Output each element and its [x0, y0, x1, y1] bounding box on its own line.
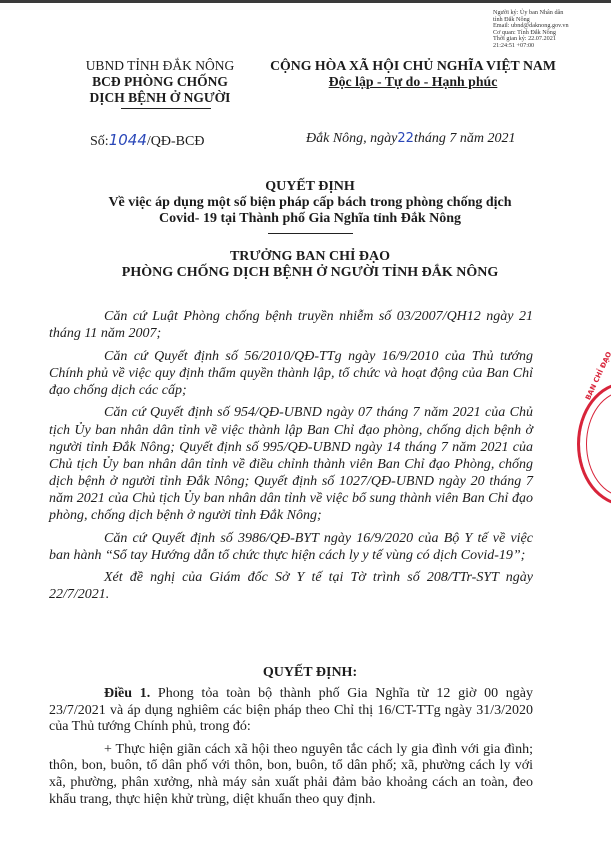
authority-line1: TRƯỞNG BAN CHỈ ĐẠO	[60, 249, 560, 265]
document-title: QUYẾT ĐỊNH Về việc áp dụng một số biện p…	[60, 178, 560, 234]
motto: Độc lập - Tự do - Hạnh phúc	[263, 74, 563, 90]
article-1: Điều 1. Phong tỏa toàn bộ thành phố Gia …	[49, 686, 533, 736]
document-date: Đắk Nông, ngày22tháng 7 năm 2021	[306, 131, 515, 147]
red-seal-stamp	[577, 382, 611, 506]
legal-basis-item: Căn cứ Luật Phòng chống bệnh truyền nhiễ…	[49, 308, 533, 342]
legal-basis: Căn cứ Luật Phòng chống bệnh truyền nhiễ…	[49, 308, 533, 609]
agency-underline	[121, 108, 211, 109]
issuing-authority: TRƯỞNG BAN CHỈ ĐẠO PHÒNG CHỐNG DỊCH BỆNH…	[60, 249, 560, 281]
agency-name-line1: BCĐ PHÒNG CHỐNG	[70, 74, 250, 90]
agency-name-line2: DỊCH BỆNH Ở NGƯỜI	[70, 90, 250, 106]
document-number-prefix: Số:	[90, 134, 109, 149]
signature-line: 21:24:51 +07:00	[493, 43, 608, 50]
date-suffix: tháng 7 năm 2021	[414, 131, 516, 146]
article-label: Điều 1.	[104, 686, 150, 701]
articles: Điều 1. Phong tỏa toàn bộ thành phố Gia …	[49, 686, 533, 814]
document-number: Số:1044/QĐ-BCĐ	[90, 131, 204, 150]
legal-basis-item: Căn cứ Quyết định số 954/QĐ-UBND ngày 07…	[49, 404, 533, 524]
article-text: + Thực hiện giãn cách xã hội theo nguyên…	[49, 742, 533, 807]
document-type: QUYẾT ĐỊNH	[60, 178, 560, 195]
legal-basis-item: Xét đề nghị của Giám đốc Sở Y tế tại Tờ …	[49, 569, 533, 603]
handwritten-day: 22	[397, 131, 414, 146]
document-subject-line1: Về việc áp dụng một số biện pháp cấp bác…	[60, 195, 560, 211]
document-number-suffix: /QĐ-BCĐ	[147, 134, 205, 149]
agency-parent: UBND TỈNH ĐẮK NÔNG	[70, 58, 250, 74]
viewer-top-bar	[0, 0, 611, 3]
legal-basis-item: Căn cứ Quyết định số 3986/QĐ-BYT ngày 16…	[49, 530, 533, 564]
title-underline	[268, 233, 353, 234]
digital-signature-box: Người ký: Ủy ban Nhân dân tỉnh Đắk Nông …	[493, 10, 608, 50]
authority-line2: PHÒNG CHỐNG DỊCH BỆNH Ở NGƯỜI TỈNH ĐẮK N…	[60, 265, 560, 281]
article-1-bullet: + Thực hiện giãn cách xã hội theo nguyên…	[49, 742, 533, 808]
decision-heading: QUYẾT ĐỊNH:	[60, 665, 560, 681]
legal-basis-item: Căn cứ Quyết định số 56/2010/QĐ-TTg ngày…	[49, 348, 533, 399]
national-motto: CỘNG HÒA XÃ HỘI CHỦ NGHĨA VIỆT NAM Độc l…	[263, 58, 563, 90]
document-subject-line2: Covid- 19 tại Thành phố Gia Nghĩa tỉnh Đ…	[60, 211, 560, 227]
date-prefix: Đắk Nông, ngày	[306, 131, 397, 146]
country-name: CỘNG HÒA XÃ HỘI CHỦ NGHĨA VIỆT NAM	[263, 58, 563, 74]
handwritten-number: 1044	[109, 131, 147, 149]
issuing-agency: UBND TỈNH ĐẮK NÔNG BCĐ PHÒNG CHỐNG DỊCH …	[70, 58, 250, 109]
